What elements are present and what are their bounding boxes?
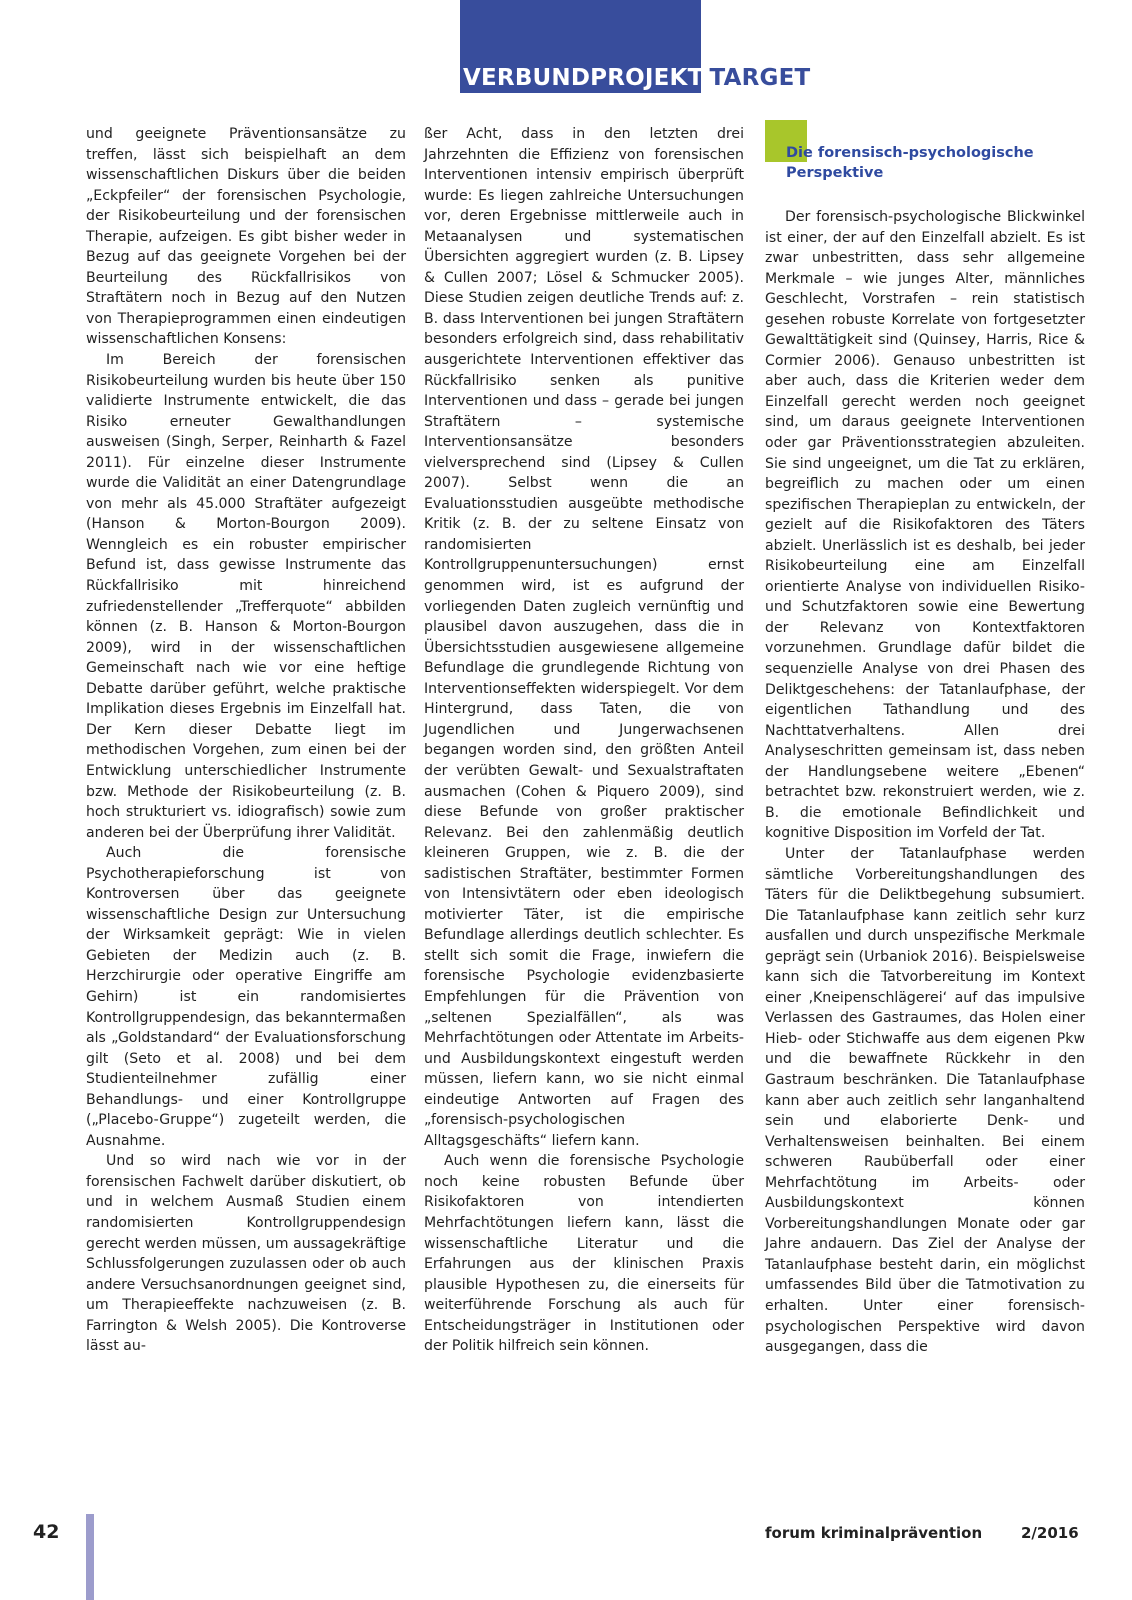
issue-number: 2/2016: [1021, 1524, 1079, 1542]
paragraph: Und so wird nach wie vor in der forensis…: [86, 1151, 406, 1356]
header-title: VERBUNDPROJEKTTARGET: [463, 64, 810, 92]
text-column-3: Der forensisch-psychologische Blickwinke…: [765, 207, 1085, 1358]
text-column-1: und geeignete Präventionsansätze zu tref…: [86, 124, 406, 1357]
publication-name: forum kriminalprävention: [765, 1524, 982, 1542]
paragraph: Auch die forensische Psychotherapieforsc…: [86, 843, 406, 1151]
text-column-2: ßer Acht, dass in den letzten drei Jahrz…: [424, 124, 744, 1357]
header-title-verbundprojekt: VERBUNDPROJEKT: [463, 65, 703, 91]
paragraph: und geeignete Präventionsansätze zu tref…: [86, 124, 406, 350]
paragraph: Auch wenn die forensische Psychologie no…: [424, 1151, 744, 1356]
footer-divider-bar: [86, 1514, 94, 1600]
page-number: 42: [33, 1521, 59, 1543]
paragraph: Im Bereich der forensischen Risikobeurte…: [86, 350, 406, 843]
header-title-target: TARGET: [709, 65, 810, 91]
section-heading-block: Die forensisch-psychologische Perspektiv…: [765, 120, 1085, 200]
paragraph: Der forensisch-psychologische Blickwinke…: [765, 207, 1085, 844]
section-heading: Die forensisch-psychologische Perspektiv…: [786, 143, 1085, 183]
paragraph: ßer Acht, dass in den letzten drei Jahrz…: [424, 124, 744, 1151]
paragraph: Unter der Tatanlaufphase werden sämtlich…: [765, 844, 1085, 1358]
